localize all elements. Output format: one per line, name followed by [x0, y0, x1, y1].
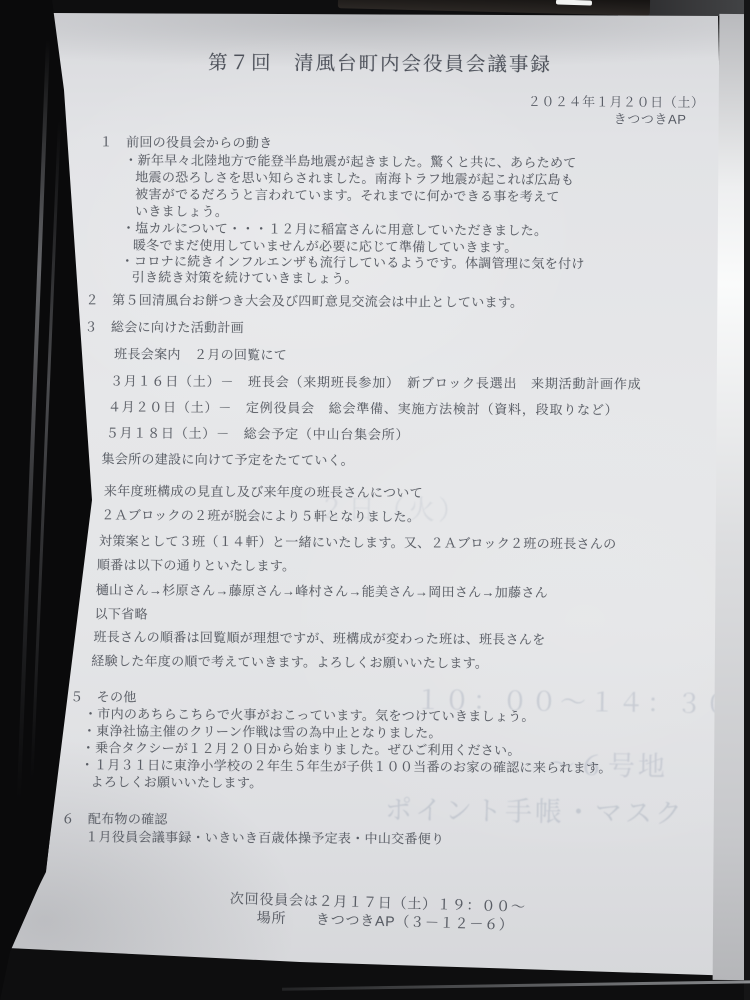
desk-right-edge [744, 0, 750, 1000]
doc-line: ４ 来年度班構成の見直し及び来年度の班長さんについて [77, 480, 423, 501]
meeting-place: きつつきAP [614, 108, 687, 127]
doc-line: 引き続き対策を続けていきましょう。 [132, 266, 358, 286]
doc-line: ５月１８日（土）－ 総会予定（中山台集会所） [106, 422, 410, 443]
doc-line: 経験した年度の順で考えていきます。よろしくお願いいたします。 [91, 650, 488, 671]
table-edge-line [282, 980, 750, 990]
doc-line: ３ 総会に向けた活動計画 [84, 316, 244, 336]
doc-line: 順番は以下の通りといたします。 [97, 554, 296, 574]
doc-line: 対策案として３班（１４軒）と一緒にいたします。又、２Ａブロック２班の班長さんの [99, 530, 617, 552]
photo-of-meeting-minutes: ２日（火）１０：００～１４：３０～６号地ポイント手帳・マスク 第７回 清風台町内… [0, 0, 750, 1000]
document-title: 第７回 清風台町内会役員会議事録 [208, 47, 552, 77]
doc-line: ３月１６日（土）－ 班長会（来期班長参加） 新ブロック長選出 来期活動計画作成 [110, 370, 642, 392]
doc-line: 以下省略 [95, 603, 148, 622]
doc-line: ２Ａブロックの２班が脱会により５軒となりました。 [101, 504, 420, 525]
doc-line: ２ 第５回清風台お餅つき大会及び四町意見交流会は中止としています。 [85, 289, 523, 311]
doc-line: 班長さんの順番は回覧順が理想ですが、班構成が変わった班は、班長さんを [93, 626, 545, 648]
doc-line: １ 前回の役員会からの動き [99, 131, 272, 151]
pen-object [338, 0, 650, 16]
document-page: ２日（火）１０：００～１４：３０～６号地ポイント手帳・マスク 第７回 清風台町内… [0, 0, 750, 1000]
doc-line: 班長会案内 ２月の回覧にて [114, 343, 287, 363]
document-content: 第７回 清風台町内会役員会議事録 ２０２４年１月２０日（土） きつつきAP １ … [0, 0, 750, 1000]
doc-line: １月役員会議事録・いきいき百歳体操予定表・中山交番便り [85, 826, 444, 847]
doc-line: 樋山さん→杉原さん→藤原さん→峰村さん→能美さん→岡田さん→加藤さん [96, 579, 548, 601]
doc-line: ４月２０日（土）－ 定例役員会 総会準備、実施方法検討（資料，段取りなど） [108, 396, 619, 418]
doc-line: 集会所の建設に向けて予定をたてていく。 [102, 448, 355, 469]
doc-line: よろしくお願いいたします。 [91, 771, 263, 791]
doc-line: ６ 配布物の確認 [61, 808, 168, 828]
